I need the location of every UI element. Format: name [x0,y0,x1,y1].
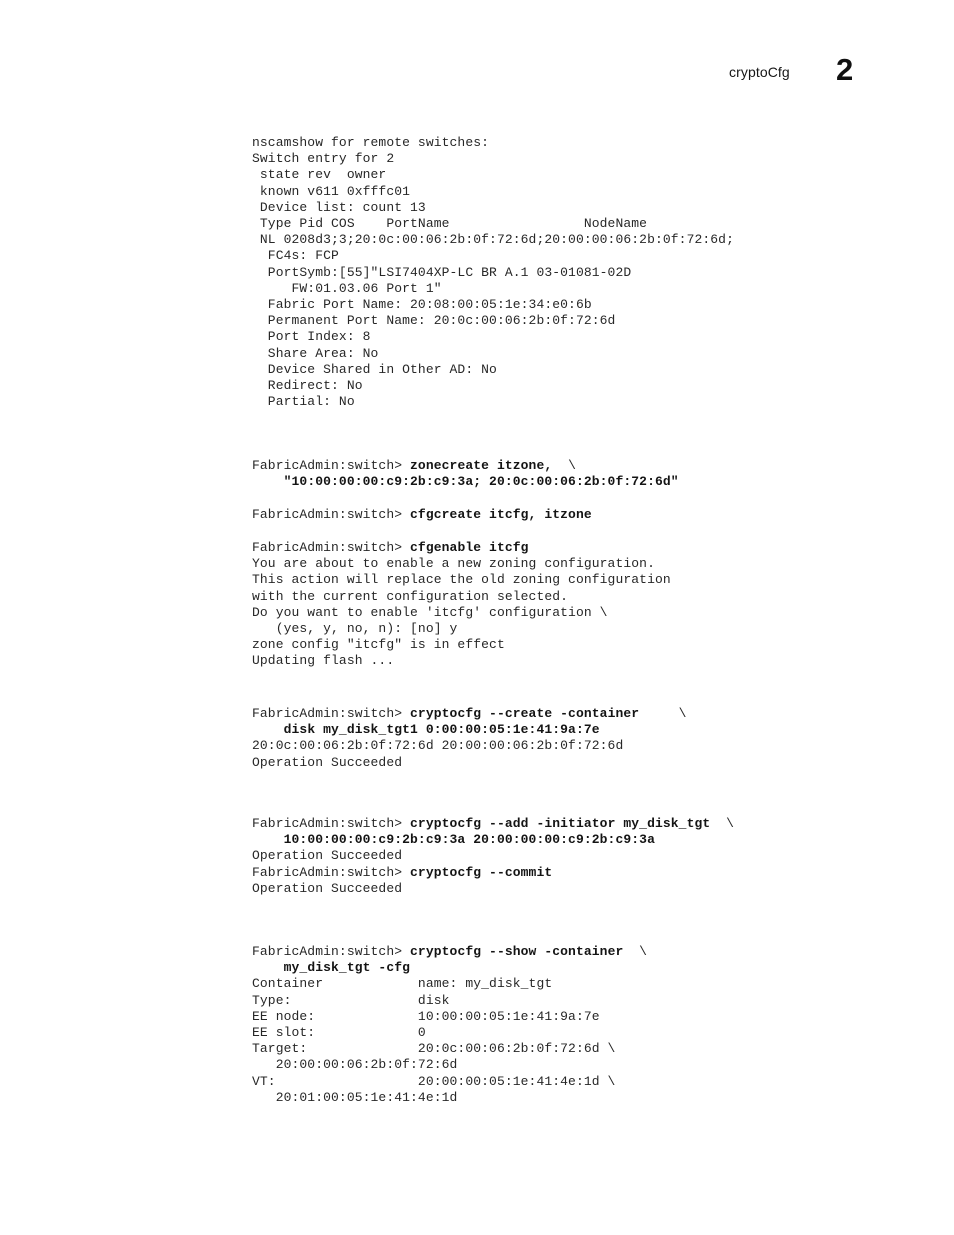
section-title: cryptoCfg [729,64,790,80]
manual-page: cryptoCfg 2 nscamshow for remote switche… [0,0,954,1235]
zonecreate-command: FabricAdmin:switch> zonecreate itzone, \… [252,458,679,490]
chapter-number: 2 [836,52,853,88]
page-header: cryptoCfg 2 [0,0,954,100]
cryptocfg-show-container-command: FabricAdmin:switch> cryptocfg --show -co… [252,944,647,1106]
cryptocfg-create-container-command: FabricAdmin:switch> cryptocfg --create -… [252,706,687,771]
cryptocfg-add-initiator-command: FabricAdmin:switch> cryptocfg --add -ini… [252,816,734,897]
cfgenable-command-output: FabricAdmin:switch> cfgenable itcfg You … [252,540,671,670]
cfgcreate-command: FabricAdmin:switch> cfgcreate itcfg, itz… [252,507,592,523]
nscamshow-output: nscamshow for remote switches: Switch en… [252,135,734,410]
